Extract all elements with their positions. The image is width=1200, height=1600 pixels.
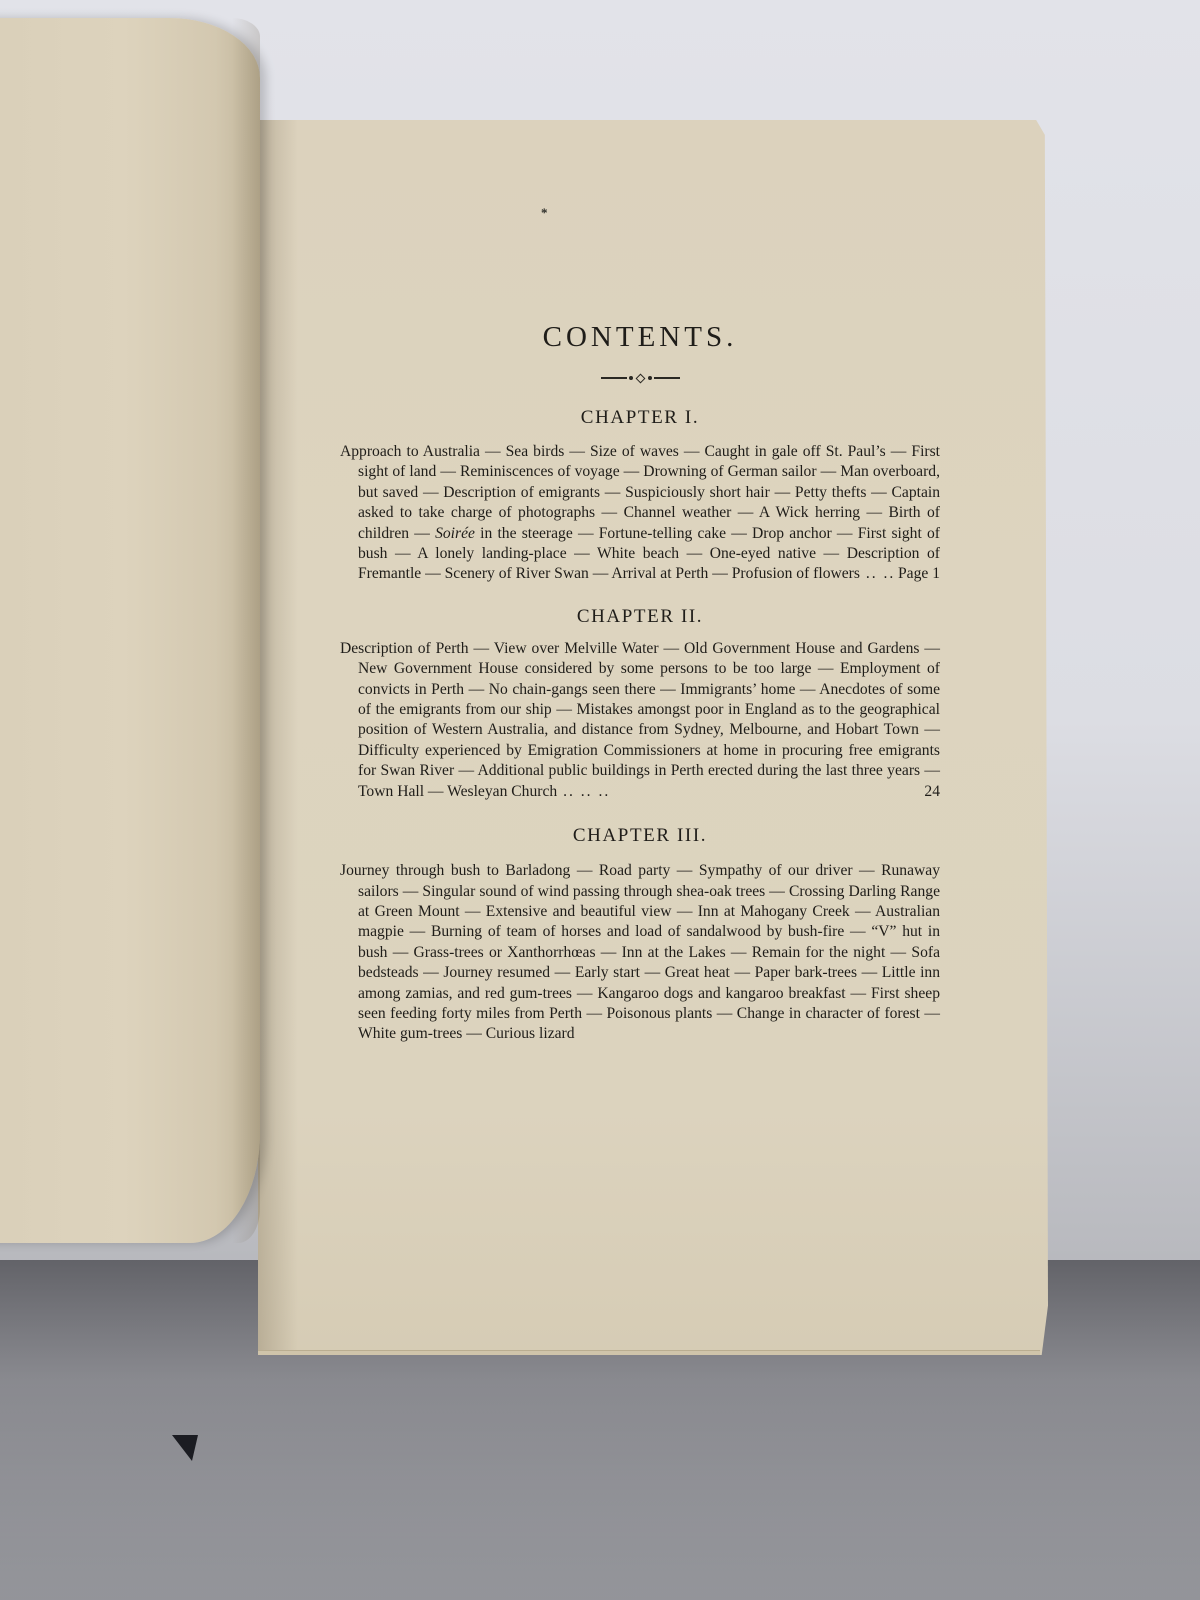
dot-leaders: .. .. <box>860 565 895 582</box>
summary-text: Description of Perth — View over Melvill… <box>340 640 940 800</box>
chapter-heading: CHAPTER III. <box>340 824 940 848</box>
summary-text: Journey through bush to Barladong — Road… <box>340 862 940 1042</box>
left-page-blank <box>0 18 260 1243</box>
table-of-contents: CONTENTS. CHAPTER I. Approach to Austral… <box>340 320 940 1045</box>
ornament-divider-icon <box>340 374 940 382</box>
chapter-1: CHAPTER I. Approach to Australia — Sea b… <box>340 406 940 585</box>
chapter-summary: Journey through bush to Barladong — Road… <box>340 861 940 1045</box>
chapter-heading: CHAPTER II. <box>340 605 940 629</box>
book-binding-corner <box>172 1435 198 1461</box>
right-page-contents: * CONTENTS. CHAPTER I. Approach to Austr… <box>258 120 1048 1355</box>
page-number: 24 <box>924 782 940 802</box>
dot-leaders: .. .. .. <box>557 783 610 800</box>
signature-mark-icon: * <box>541 205 548 221</box>
chapter-summary: Approach to Australia — Sea birds — Size… <box>340 442 940 585</box>
chapter-heading: CHAPTER I. <box>340 406 940 430</box>
summary-italic-text: Soirée <box>435 525 475 542</box>
page-number: Page 1 <box>898 564 940 584</box>
chapter-summary: Description of Perth — View over Melvill… <box>340 639 940 802</box>
page-edge <box>258 1350 1040 1355</box>
chapter-2: CHAPTER II. Description of Perth — View … <box>340 605 940 802</box>
chapter-3: CHAPTER III. Journey through bush to Bar… <box>340 824 940 1045</box>
contents-title: CONTENTS. <box>340 320 940 354</box>
